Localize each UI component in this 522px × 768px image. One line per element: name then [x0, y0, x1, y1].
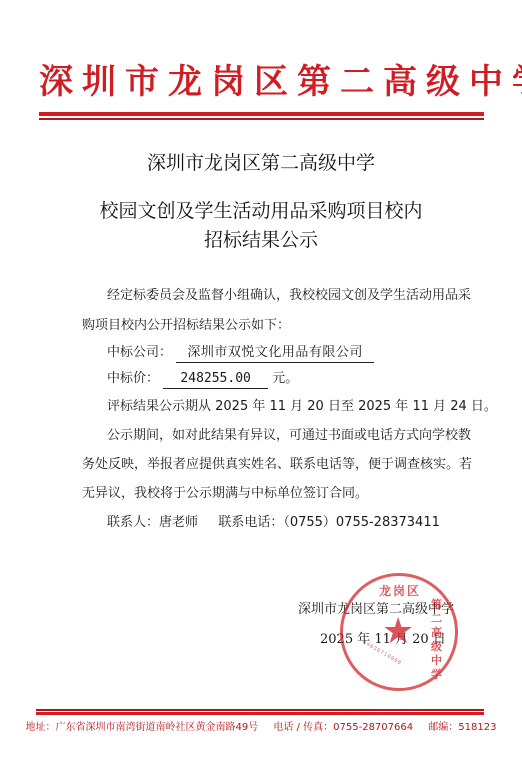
document-title-line2: 校园文创及学生活动用品采购项目校内 [0, 198, 522, 224]
winner-label: 中标公司： [107, 345, 172, 360]
seal-top-text: 龙岗区 [379, 582, 421, 599]
price-value: 248255.00 [163, 370, 268, 389]
objection-line1: 公示期间，如对此结果有异议，可通过书面或电话方式向学校教 [107, 427, 471, 445]
contact-name: 唐老师 [159, 515, 198, 530]
phone-label: 联系电话： [218, 515, 283, 530]
letterhead-divider-thin [39, 118, 484, 120]
signature-date: 2025 年 11 月 20 日 [320, 628, 446, 647]
letterhead-divider-thick [39, 112, 484, 116]
footer-postcode: 邮编：518123 [428, 722, 496, 733]
letterhead-school-name: 深圳市龙岗区第二高级中学 [39, 60, 484, 104]
contact-row: 联系人：唐老师 联系电话：（0755）0755-28373411 [107, 514, 440, 532]
footer-contact-info: 地址：广东省深圳市南湾街道南岭社区黄金南路49号 电话 / 传真：0755-28… [0, 718, 522, 733]
contact-label: 联系人： [107, 515, 159, 530]
footer-divider-thin [36, 709, 484, 711]
intro-paragraph-line1: 经定标委员会及监督小组确认，我校校园文创及学生活动用品采 [107, 287, 471, 305]
intro-paragraph-line2: 购项目校内公开招标结果公示如下： [82, 317, 290, 335]
footer-phone-fax: 电话 / 传真：0755-28707664 [273, 722, 413, 733]
winner-row: 中标公司： 深圳市双悦文化用品有限公司 [107, 344, 374, 363]
document-title-school: 深圳市龙岗区第二高级中学 [0, 150, 522, 176]
publicity-period: 评标结果公示期从 2025 年 11 月 20 日至 2025 年 11 月 2… [107, 398, 497, 416]
price-row: 中标价： 248255.00 元。 [107, 370, 298, 389]
phone-value: （0755）0755-28373411 [283, 515, 440, 530]
objection-line3: 无异议，我校将于公示期满与中标单位签订合同。 [82, 485, 368, 503]
signature-organization: 深圳市龙岗区第二高级中学 [298, 598, 454, 617]
price-unit: 元。 [272, 371, 298, 386]
footer-divider-thick [36, 712, 484, 715]
winner-company: 深圳市双悦文化用品有限公司 [176, 344, 374, 363]
objection-line2: 务处反映，举报者应提供真实姓名、联系电话等，便于调查核实。若 [82, 456, 472, 474]
footer-address: 地址：广东省深圳市南湾街道南岭社区黄金南路49号 [26, 722, 259, 733]
price-label: 中标价： [107, 371, 159, 386]
document-title-line3: 招标结果公示 [0, 227, 522, 253]
